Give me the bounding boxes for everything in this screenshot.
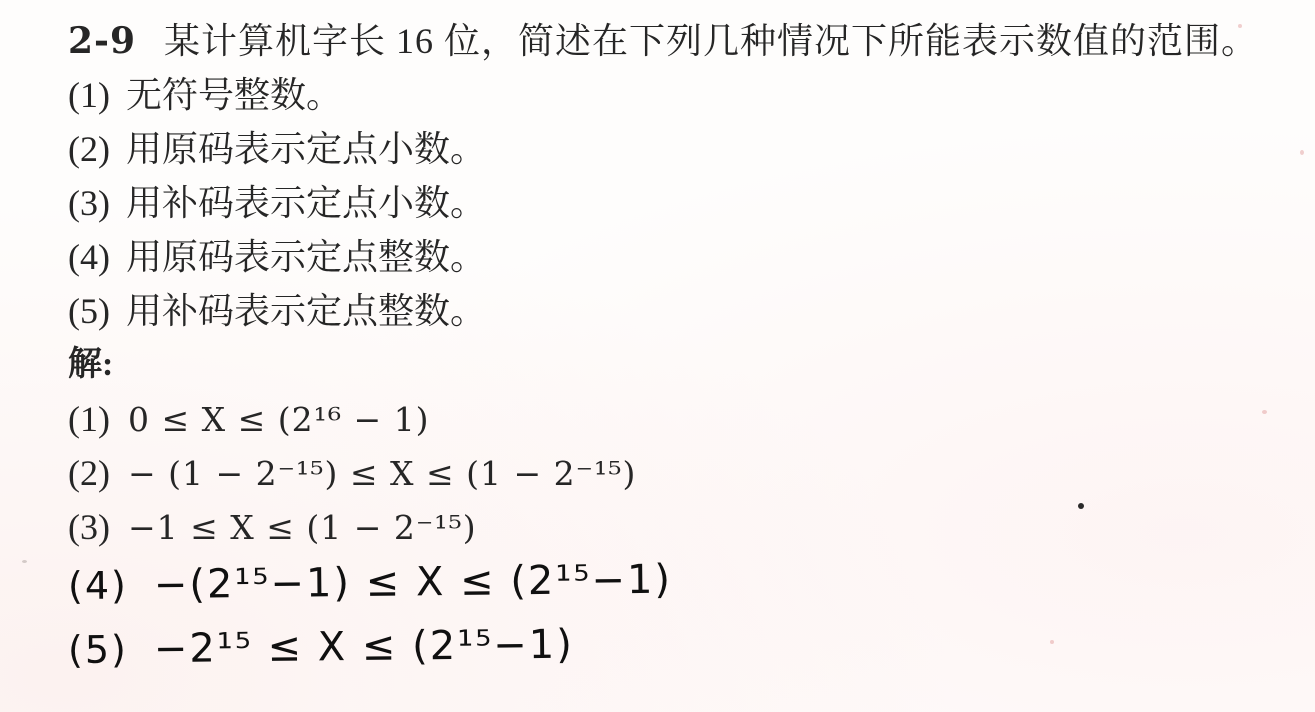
answer-marker: (5) (68, 627, 128, 672)
solution-answer-printed: (1)0 ≤ X ≤ (2¹⁶ − 1) (68, 392, 1315, 446)
item-text: 用补码表示定点小数。 (126, 183, 486, 223)
problem-header: 2-9某计算机字长 16 位，简述在下列几种情况下所能表示数值的范围。 (68, 14, 1315, 68)
scan-speckle (1262, 410, 1267, 414)
solution-answer-handwritten: (5)−2¹⁵ ≤ X ≤ (2¹⁵−1) (68, 605, 1315, 682)
answer-formula: 0 ≤ X ≤ (2¹⁶ − 1) (128, 400, 430, 439)
problem-statement: 某计算机字长 16 位，简述在下列几种情况下所能表示数值的范围。 (164, 21, 1258, 61)
problem-item: (4)用原码表示定点整数。 (68, 230, 1315, 284)
answer-marker: (3) (68, 507, 110, 547)
answer-formula: −(2¹⁵−1) ≤ X ≤ (2¹⁵−1) (154, 557, 673, 608)
item-text: 用原码表示定点整数。 (126, 237, 486, 277)
scan-speckle (1238, 24, 1242, 28)
problem-item: (2)用原码表示定点小数。 (68, 122, 1315, 176)
answer-marker: (4) (68, 563, 128, 608)
scan-speckle (22, 560, 27, 563)
scan-dot-artifact (1078, 503, 1084, 509)
item-marker: (1) (68, 75, 110, 115)
scan-speckle (1300, 150, 1304, 155)
scan-speckle (1050, 640, 1054, 644)
problem-number: 2-9 (68, 20, 136, 62)
answer-marker: (2) (68, 453, 110, 493)
scanned-textbook-page: 2-9某计算机字长 16 位，简述在下列几种情况下所能表示数值的范围。 (1)无… (0, 0, 1315, 712)
answer-formula: − (1 − 2⁻¹⁵) ≤ X ≤ (1 − 2⁻¹⁵) (128, 454, 636, 493)
solution-answer-printed: (2)− (1 − 2⁻¹⁵) ≤ X ≤ (1 − 2⁻¹⁵) (68, 446, 1315, 500)
answer-formula: −1 ≤ X ≤ (1 − 2⁻¹⁵) (128, 508, 477, 547)
item-marker: (5) (68, 291, 110, 331)
problem-item: (1)无符号整数。 (68, 68, 1315, 122)
answer-formula: −2¹⁵ ≤ X ≤ (2¹⁵−1) (154, 622, 574, 672)
problem-item: (5)用补码表示定点整数。 (68, 284, 1315, 338)
answer-marker: (1) (68, 399, 110, 439)
solution-label: 解: (68, 338, 1315, 392)
item-marker: (4) (68, 237, 110, 277)
item-text: 用原码表示定点小数。 (126, 129, 486, 169)
item-marker: (3) (68, 183, 110, 223)
problem-item: (3)用补码表示定点小数。 (68, 176, 1315, 230)
item-text: 用补码表示定点整数。 (126, 291, 486, 331)
item-marker: (2) (68, 129, 110, 169)
item-text: 无符号整数。 (126, 75, 342, 115)
